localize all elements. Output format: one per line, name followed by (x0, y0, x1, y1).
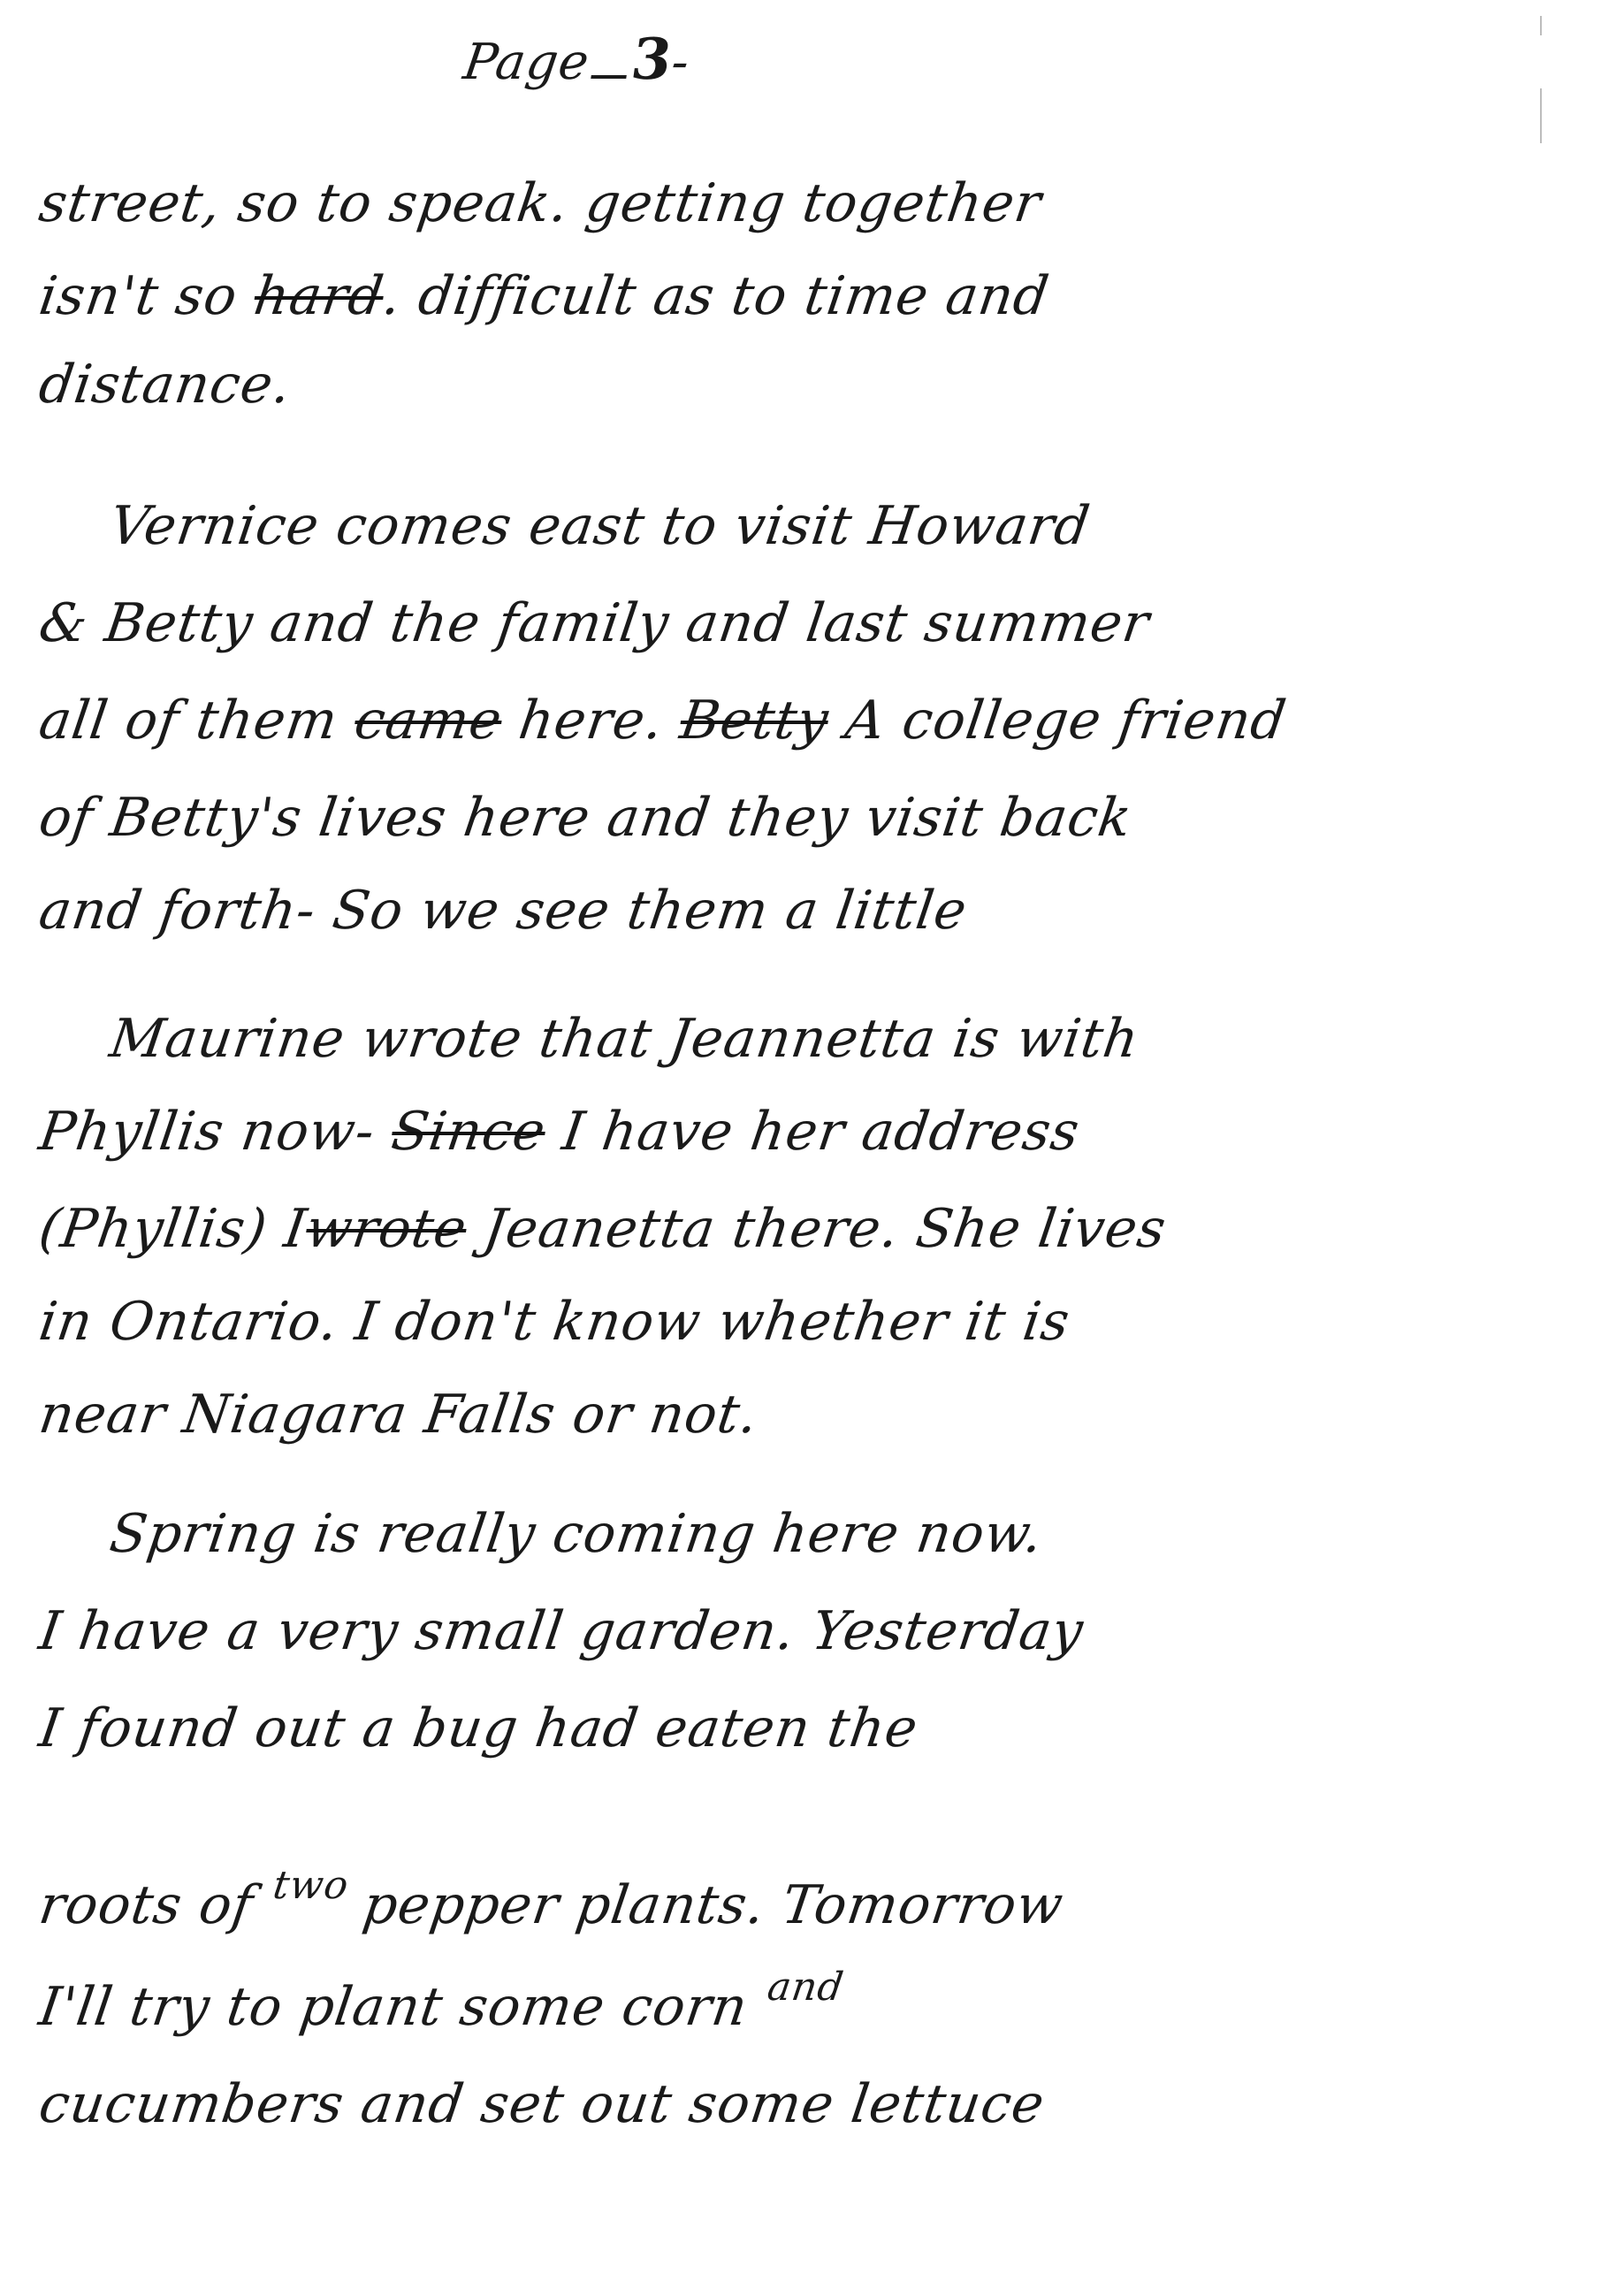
inserted-word: two (271, 1863, 352, 1908)
line-text: here. (498, 690, 685, 752)
letter-line: and forth- So we see them a little (35, 880, 971, 942)
struck-word: wrote (302, 1198, 471, 1260)
page-label: Page (460, 34, 593, 91)
scan-edge-mark (1540, 16, 1542, 35)
inserted-word: and (765, 1965, 847, 2010)
letter-line: Spring is really coming here now. (106, 1503, 1047, 1565)
line-text: I found out a bug had eaten the (35, 1698, 922, 1759)
page-number-heading: Page3- (460, 27, 695, 93)
line-text: I have her address (541, 1101, 1084, 1163)
line-text: I have a very small garden. Yesterday (35, 1600, 1087, 1662)
letter-line: & Betty and the family and last summer (35, 592, 1154, 654)
letter-line: I'll try to plant some corn and (35, 1976, 845, 2038)
letter-line: of Betty's lives here and they visit bac… (35, 787, 1136, 849)
line-text: of Betty's lives here and they visit bac… (35, 787, 1136, 849)
line-text: pepper plants. Tomorrow (341, 1874, 1067, 1936)
letter-line: distance. (35, 354, 295, 416)
letter-line: Phyllis now- Since I have her address (35, 1101, 1084, 1163)
line-text: A college friend (824, 690, 1291, 752)
line-text: isn't so (35, 265, 259, 327)
line-text: . difficult as to time and (379, 265, 1053, 327)
line-text: Maurine wrote that Jeannetta is with (106, 1008, 1143, 1070)
letter-line: all of them came here. Betty A college f… (35, 690, 1290, 752)
struck-word: hard (250, 265, 387, 327)
letter-page: Page3- street, so to speak. getting toge… (0, 0, 1624, 2289)
line-text: cucumbers and set out some lettuce (35, 2073, 1048, 2135)
letter-line: roots of two pepper plants. Tomorrow (35, 1874, 1067, 1936)
line-text: near Niagara Falls or not. (35, 1384, 762, 1446)
line-text: Jeanetta there. She lives (462, 1198, 1170, 1260)
letter-line: near Niagara Falls or not. (35, 1384, 762, 1446)
line-text: roots of (35, 1874, 275, 1936)
line-text: Spring is really coming here now. (106, 1503, 1047, 1565)
line-text: distance. (35, 354, 295, 416)
line-text: street, so to speak. getting together (35, 172, 1046, 234)
letter-line: (Phyllis) Iwrote Jeanetta there. She liv… (35, 1198, 1170, 1260)
letter-line: in Ontario. I don't know whether it is (35, 1291, 1074, 1353)
struck-word: Since (388, 1101, 550, 1163)
line-text: & Betty and the family and last summer (35, 592, 1154, 654)
struck-word: Betty (676, 690, 833, 752)
line-text: (Phyllis) I (35, 1198, 311, 1260)
letter-line: cucumbers and set out some lettuce (35, 2073, 1048, 2135)
letter-line: Vernice comes east to visit Howard (106, 495, 1094, 557)
letter-line: isn't so hard. difficult as to time and (35, 265, 1053, 327)
letter-line: street, so to speak. getting together (35, 172, 1046, 234)
line-text: and forth- So we see them a little (35, 880, 971, 942)
scan-edge-mark (1540, 88, 1542, 143)
line-text: all of them (35, 690, 360, 752)
line-text: Vernice comes east to visit Howard (106, 495, 1094, 557)
line-text: I'll try to plant some corn (35, 1976, 769, 2038)
line-text: in Ontario. I don't know whether it is (35, 1291, 1074, 1353)
letter-line: Maurine wrote that Jeannetta is with (106, 1008, 1143, 1070)
line-text: Phyllis now- (35, 1101, 397, 1163)
struck-word: came (351, 690, 507, 752)
letter-line: I have a very small garden. Yesterday (35, 1600, 1087, 1662)
letter-line: I found out a bug had eaten the (35, 1698, 922, 1759)
